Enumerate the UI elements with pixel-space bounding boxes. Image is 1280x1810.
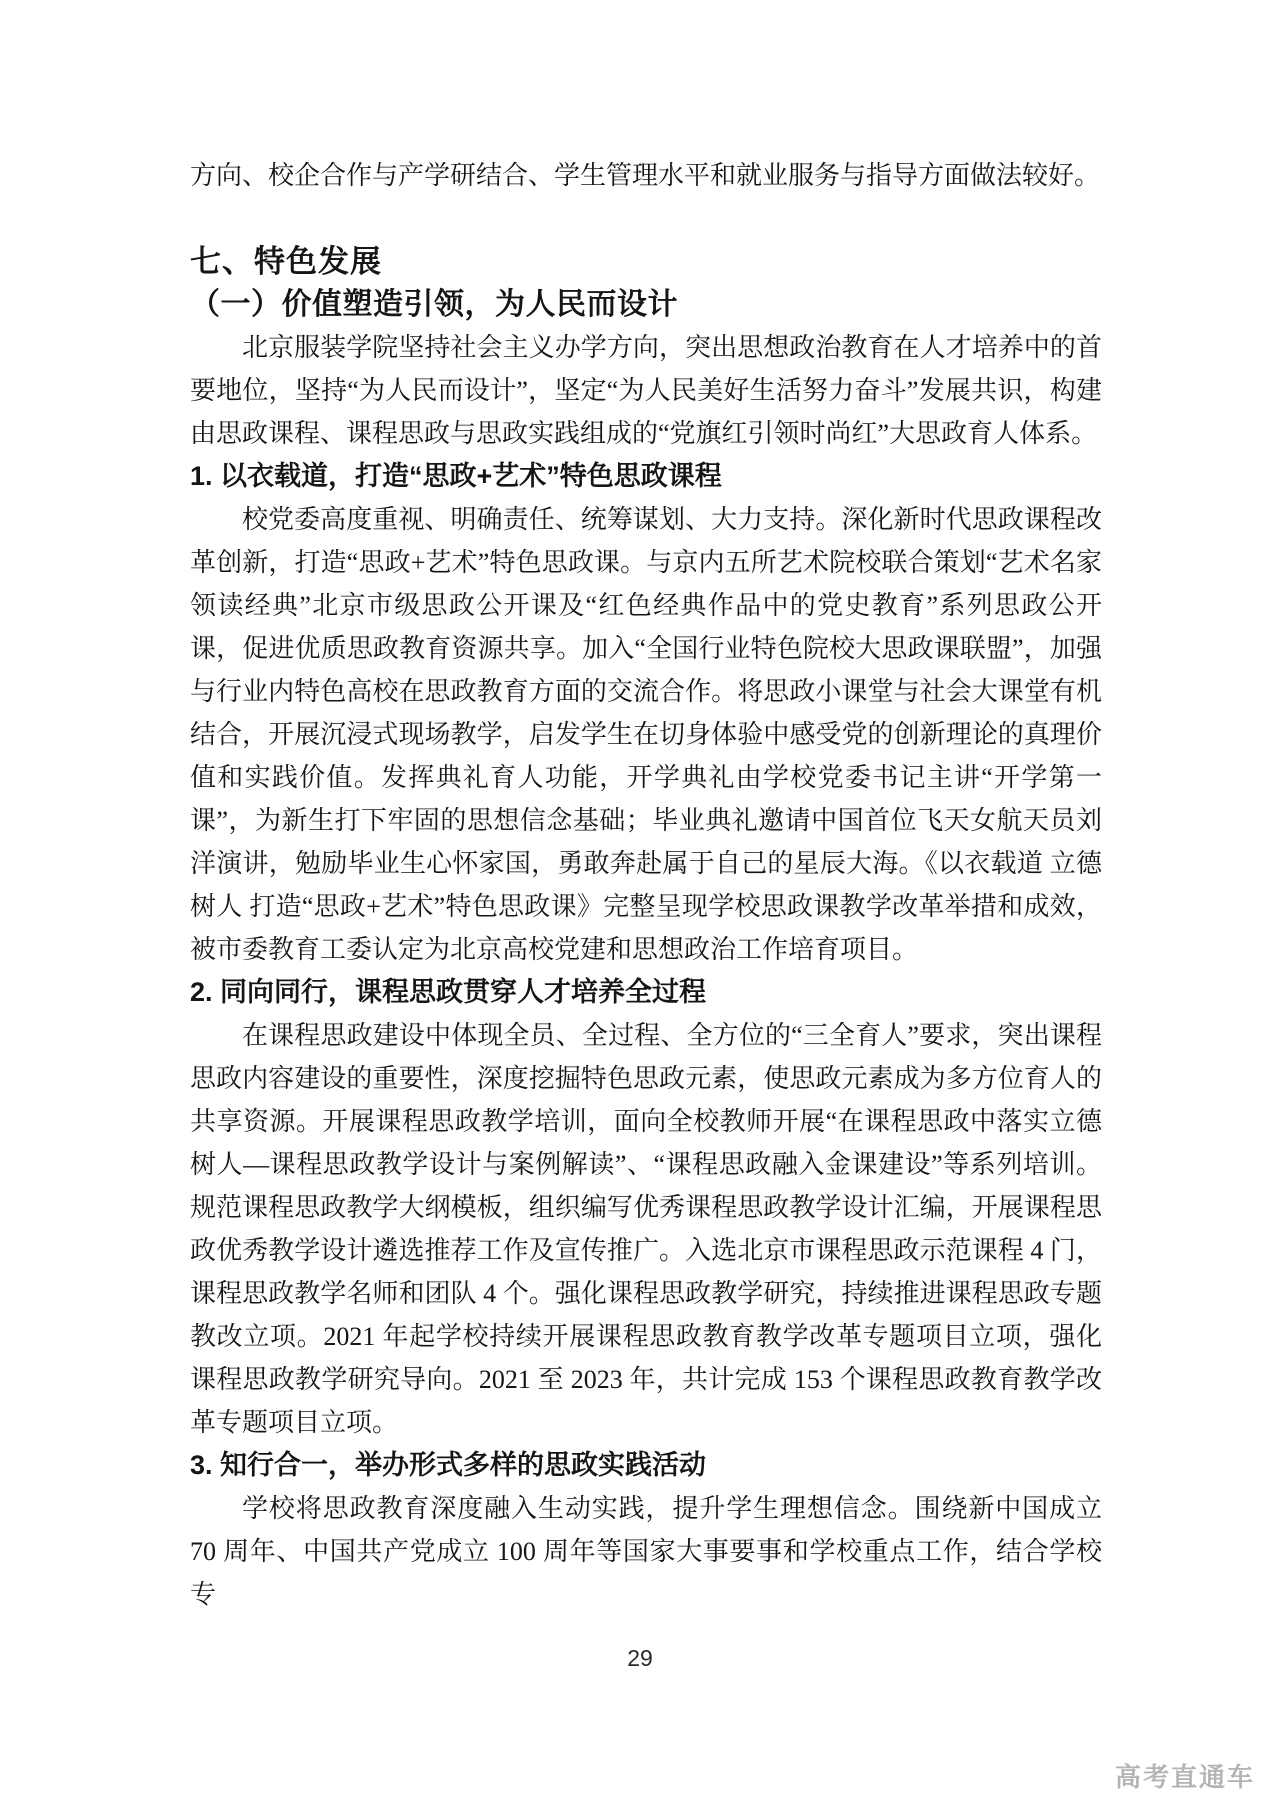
paragraph-2: 在课程思政建设中体现全员、全过程、全方位的“三全育人”要求，突出课程思政内容建设… (190, 1014, 1102, 1444)
page-number: 29 (0, 1645, 1280, 1672)
paragraph-3: 学校将思政教育深度融入生动实践，提升学生理想信念。围绕新中国成立 70 周年、中… (190, 1487, 1102, 1616)
page-content: 方向、校企合作与产学研结合、学生管理水平和就业服务与指导方面做法较好。 七、特色… (190, 154, 1102, 1616)
numbered-heading-2: 2. 同向同行，课程思政贯穿人才培养全过程 (190, 971, 1102, 1014)
numbered-heading-1: 1. 以衣载道，打造“思政+艺术”特色思政课程 (190, 455, 1102, 498)
watermark: 高考直通车 (1115, 1757, 1255, 1794)
paragraph-intro: 北京服装学院坚持社会主义办学方向，突出思想政治教育在人才培养中的首要地位，坚持“… (190, 326, 1102, 455)
paragraph-continuation: 方向、校企合作与产学研结合、学生管理水平和就业服务与指导方面做法较好。 (190, 154, 1102, 197)
section-heading: 七、特色发展 (190, 240, 1102, 283)
subsection-heading: （一）价值塑造引领，为人民而设计 (190, 283, 1102, 326)
paragraph-1: 校党委高度重视、明确责任、统筹谋划、大力支持。深化新时代思政课程改革创新，打造“… (190, 498, 1102, 971)
numbered-heading-3: 3. 知行合一，举办形式多样的思政实践活动 (190, 1444, 1102, 1487)
document-page: 方向、校企合作与产学研结合、学生管理水平和就业服务与指导方面做法较好。 七、特色… (0, 0, 1280, 1810)
